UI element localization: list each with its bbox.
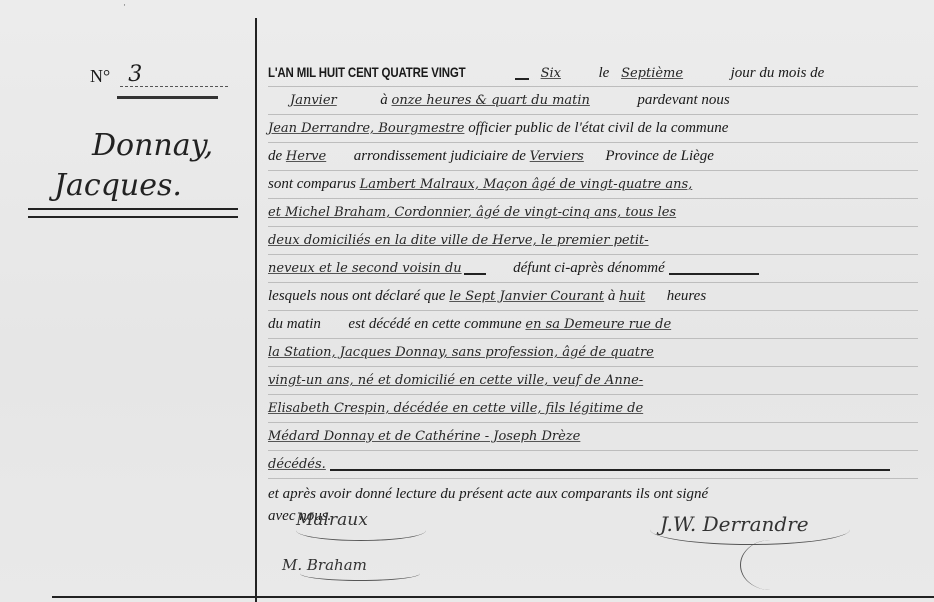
entry-number: N° 3 xyxy=(90,64,228,87)
text-line-3: Jean Derrandre, Bourgmestre officier pub… xyxy=(268,114,918,143)
handwritten-spouse: Elisabeth Crespin, décédée en cette vill… xyxy=(268,401,643,416)
text-line-1: L'AN MIL HUIT CENT QUATRE VINGT Six le S… xyxy=(268,58,918,87)
text-line-10: du matin est décédé en cette commune en … xyxy=(268,310,918,339)
number-rule xyxy=(117,96,218,99)
handwritten-time: onze heures & quart du matin xyxy=(392,93,590,108)
printed-text: lesquels nous ont déclaré que xyxy=(268,288,445,304)
handwritten-commune: Herve xyxy=(286,149,326,164)
printed-text: le xyxy=(598,65,609,81)
given-name: Jacques. xyxy=(40,166,240,206)
deceased-name-margin: Donnay, Jacques. xyxy=(40,126,240,206)
handwritten-deceased: la Station, Jacques Donnay, sans profess… xyxy=(268,345,654,360)
signature-flourish xyxy=(296,520,426,541)
handwritten-month: Janvier xyxy=(290,93,337,108)
text-line-8: neveux et le second voisin du défunt ci-… xyxy=(268,254,918,283)
signature-flourish xyxy=(300,566,420,581)
handwritten-birth-widow: vingt-un ans, né et domicilié en cette v… xyxy=(268,373,643,388)
handwritten-day: Septième xyxy=(621,66,683,81)
bottom-rule xyxy=(52,596,934,598)
text-line-15: décédés. xyxy=(268,450,918,479)
margin-double-rule xyxy=(28,208,238,218)
handwritten-deceased-note: décédés. xyxy=(268,457,326,472)
text-line-9: lesquels nous ont déclaré que le Sept Ja… xyxy=(268,282,918,311)
printed-closing: et après avoir donné lecture du présent … xyxy=(268,486,708,502)
printed-text: du matin xyxy=(268,316,321,332)
handwritten-official: Jean Derrandre, Bourgmestre xyxy=(268,121,464,136)
printed-text: pardevant nous xyxy=(637,92,729,108)
text-line-6: et Michel Braham, Cordonnier, âgé de vin… xyxy=(268,198,918,227)
handwritten-domicile: deux domiciliés en la dite ville de Herv… xyxy=(268,233,649,248)
printed-text: officier public de l'état civil de la co… xyxy=(468,120,728,136)
printed-text: défunt ci-après dénommé xyxy=(513,260,665,276)
handwritten-witness-2: et Michel Braham, Cordonnier, âgé de vin… xyxy=(268,205,676,220)
handwritten-hour: huit xyxy=(619,289,645,304)
text-line-7: deux domiciliés en la dite ville de Herv… xyxy=(268,226,918,255)
ink-speck: ˙ xyxy=(122,6,128,14)
text-line-4: de Herve arrondissement judiciaire de Ve… xyxy=(268,142,918,171)
surname: Donnay, xyxy=(40,126,240,166)
printed-text: sont comparus xyxy=(268,176,356,192)
printed-text: Province de Liège xyxy=(605,148,714,164)
printed-text: est décédé en cette commune xyxy=(348,316,521,332)
printed-text: arrondissement judiciaire de xyxy=(354,148,526,164)
register-page: ˙ N° 3 Donnay, Jacques. L'AN MIL HUIT CE… xyxy=(0,0,934,602)
signature-flourish xyxy=(650,514,850,545)
printed-heading: L'AN MIL HUIT CENT QUATRE VINGT xyxy=(268,58,465,86)
margin-vertical-rule xyxy=(255,18,257,602)
handwritten-witness-1: Lambert Malraux, Maçon âgé de vingt-quat… xyxy=(360,177,693,192)
text-line-2: Janvier à onze heures & quart du matin p… xyxy=(268,86,918,115)
number-label: N° xyxy=(90,66,110,87)
handwritten-residence: en sa Demeure rue de xyxy=(525,317,671,332)
printed-text: jour du mois de xyxy=(731,65,825,81)
printed-text: à xyxy=(608,288,616,304)
text-line-13: Elisabeth Crespin, décédée en cette vill… xyxy=(268,394,918,423)
printed-text: de xyxy=(268,148,282,164)
printed-text: heures xyxy=(667,288,706,304)
number-value: 3 xyxy=(120,64,228,87)
signature-flourish xyxy=(740,540,801,590)
printed-text: à xyxy=(380,92,388,108)
handwritten-relation: neveux et le second voisin du xyxy=(268,261,462,276)
handwritten-year: Six xyxy=(541,66,561,81)
handwritten-parents: Médard Donnay et de Cathérine - Joseph D… xyxy=(268,429,580,444)
text-line-5: sont comparus Lambert Malraux, Maçon âgé… xyxy=(268,170,918,199)
text-line-12: vingt-un ans, né et domicilié en cette v… xyxy=(268,366,918,395)
handwritten-arrondissement: Verviers xyxy=(530,149,584,164)
text-line-14: Médard Donnay et de Cathérine - Joseph D… xyxy=(268,422,918,451)
text-line-11: la Station, Jacques Donnay, sans profess… xyxy=(268,338,918,367)
handwritten-death-date: le Sept Janvier Courant xyxy=(449,289,604,304)
